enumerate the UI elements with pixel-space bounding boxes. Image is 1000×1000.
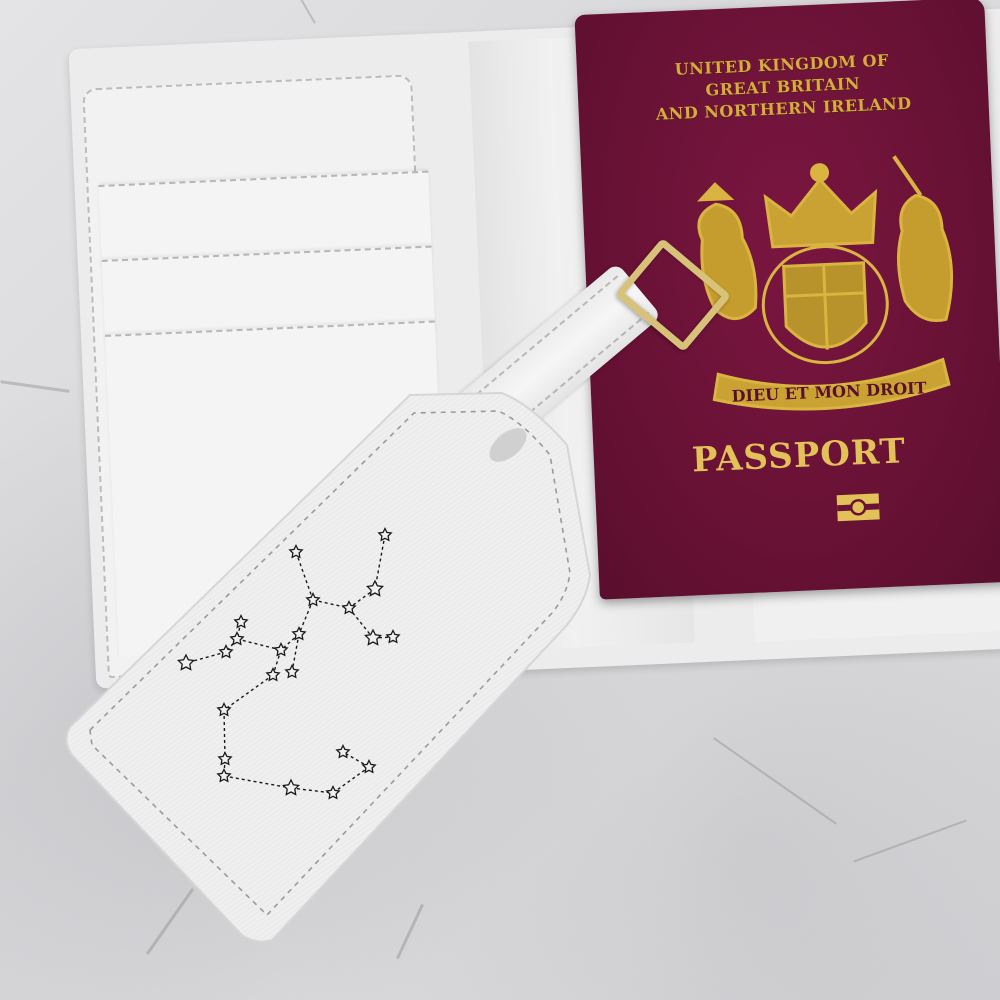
biometric-chip-icon [836,492,881,522]
marble-vein [713,737,837,825]
luggage-tag [62,385,592,945]
passport-title: PASSPORT [593,427,1000,485]
marble-vein [294,0,316,24]
marble-vein [853,820,966,863]
passport-issuer: UNITED KINGDOM OF GREAT BRITAIN AND NORT… [577,45,989,129]
marble-vein [0,380,70,393]
